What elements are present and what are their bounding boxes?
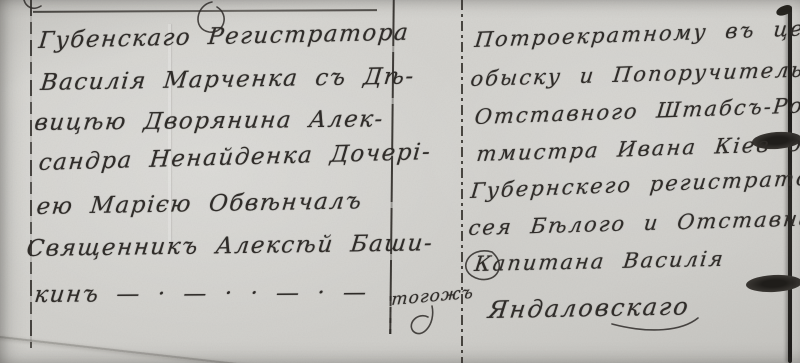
signature-flourish xyxy=(612,318,698,330)
right-line-6: сея Бѣлого и Отставна xyxy=(467,206,800,240)
left-line-4: сандра Ненайденка Дочері- xyxy=(38,139,433,176)
table-rule-top xyxy=(33,9,377,13)
manuscript-page: Губенскаго Регистратора Василія Марченка… xyxy=(0,0,800,363)
left-line-5: ею Марією Обвѣнчалъ xyxy=(35,188,364,220)
table-rule-left xyxy=(30,0,32,348)
right-line-1: Потроекратному въ церк xyxy=(473,15,800,51)
paper-crease-vertical xyxy=(168,24,171,242)
right-line-5: Губернскего регистратора Ва xyxy=(470,163,800,203)
left-line-7: кинъ — · — · · — · — xyxy=(33,280,369,308)
margin-note: тогожъ xyxy=(391,283,475,310)
page-binding-edge xyxy=(788,6,792,363)
right-line-8: Яндаловскаго xyxy=(487,292,692,324)
cutoff-loop-top xyxy=(198,2,224,32)
column-divider-rule xyxy=(389,0,394,334)
right-line-4: тмистра Ивана Кіев от xyxy=(475,131,800,166)
left-line-1: Губенскаго Регистратора xyxy=(37,20,410,54)
capital-k-loop xyxy=(466,251,500,280)
left-line-6: Священникъ Алексѣй Баши- xyxy=(25,230,435,262)
paper-crease-bottom xyxy=(0,335,253,363)
right-line-7: Капитана Василія xyxy=(473,247,726,276)
cutoff-stroke-top-left xyxy=(24,0,41,8)
right-line-2: обыску и Попоручительств xyxy=(469,56,800,91)
margin-note-descender xyxy=(411,306,432,334)
left-line-3: вицѣю Дворянина Алек- xyxy=(33,106,385,136)
ink-smudge xyxy=(751,130,800,150)
right-column-border-rule xyxy=(461,0,463,363)
left-line-2: Василія Марченка съ Дѣ- xyxy=(39,63,416,96)
right-line-3: Отставного Штабсъ-Ро- xyxy=(473,93,800,129)
